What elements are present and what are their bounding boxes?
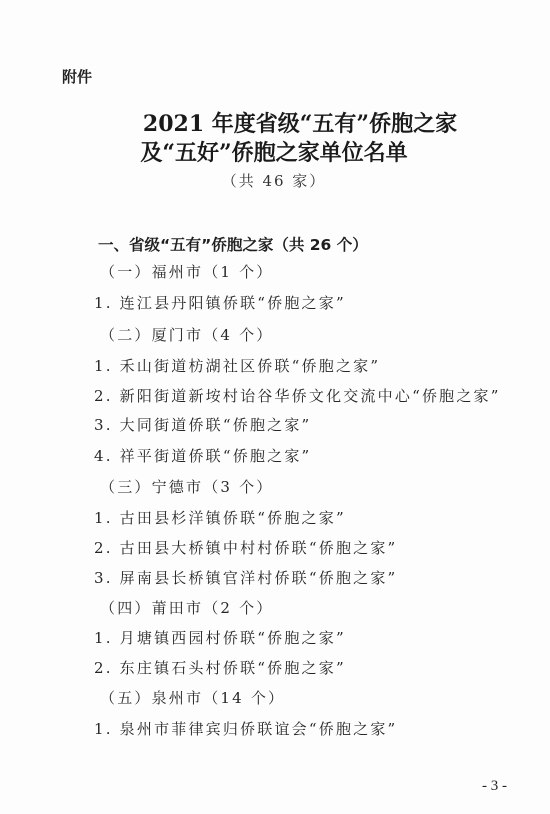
list-item: 1. 连江县丹阳镇侨联“侨胞之家”: [94, 293, 346, 313]
list-item: 4. 祥平街道侨联“侨胞之家”: [94, 446, 311, 466]
attachment-label: 附件: [62, 66, 92, 87]
list-item: 1. 月塘镇西园村侨联“侨胞之家”: [94, 628, 346, 648]
document-title-line2: 及“五好”侨胞之家单位名单: [14, 139, 534, 167]
section-heading: 一、省级“五有”侨胞之家（共 26 个）: [98, 233, 368, 255]
list-item: 1. 泉州市菲律宾归侨联谊会“侨胞之家”: [94, 719, 397, 739]
list-item: 2. 东庄镇石头村侨联“侨胞之家”: [94, 658, 346, 678]
city-heading-fuzhou: （一）福州市（1 个）: [100, 262, 274, 282]
list-item: 2. 古田县大桥镇中村村侨联“侨胞之家”: [94, 538, 397, 558]
page-number: - 3 -: [482, 778, 507, 795]
city-heading-xiamen: （二）厦门市（4 个）: [100, 325, 274, 345]
list-item: 3. 屏南县长桥镇官洋村侨联“侨胞之家”: [94, 568, 397, 588]
city-heading-putian: （四）莆田市（2 个）: [100, 598, 274, 618]
city-heading-quanzhou: （五）泉州市（14 个）: [100, 688, 285, 708]
document-title-line1: 2021 年度省级“五有”侨胞之家: [40, 110, 550, 138]
list-item: 2. 新阳街道新垵村诒谷华侨文化交流中心“侨胞之家”: [94, 386, 501, 406]
document-page: 附件 2021 年度省级“五有”侨胞之家 及“五好”侨胞之家单位名单 （共 46…: [0, 0, 550, 814]
list-item: 1. 禾山街道枋湖社区侨联“侨胞之家”: [94, 356, 380, 376]
list-item: 3. 大同街道侨联“侨胞之家”: [94, 415, 311, 435]
list-item: 1. 古田县杉洋镇侨联“侨胞之家”: [94, 508, 346, 528]
city-heading-ningde: （三）宁德市（3 个）: [100, 477, 274, 497]
document-subtitle: （共 46 家）: [14, 170, 534, 191]
